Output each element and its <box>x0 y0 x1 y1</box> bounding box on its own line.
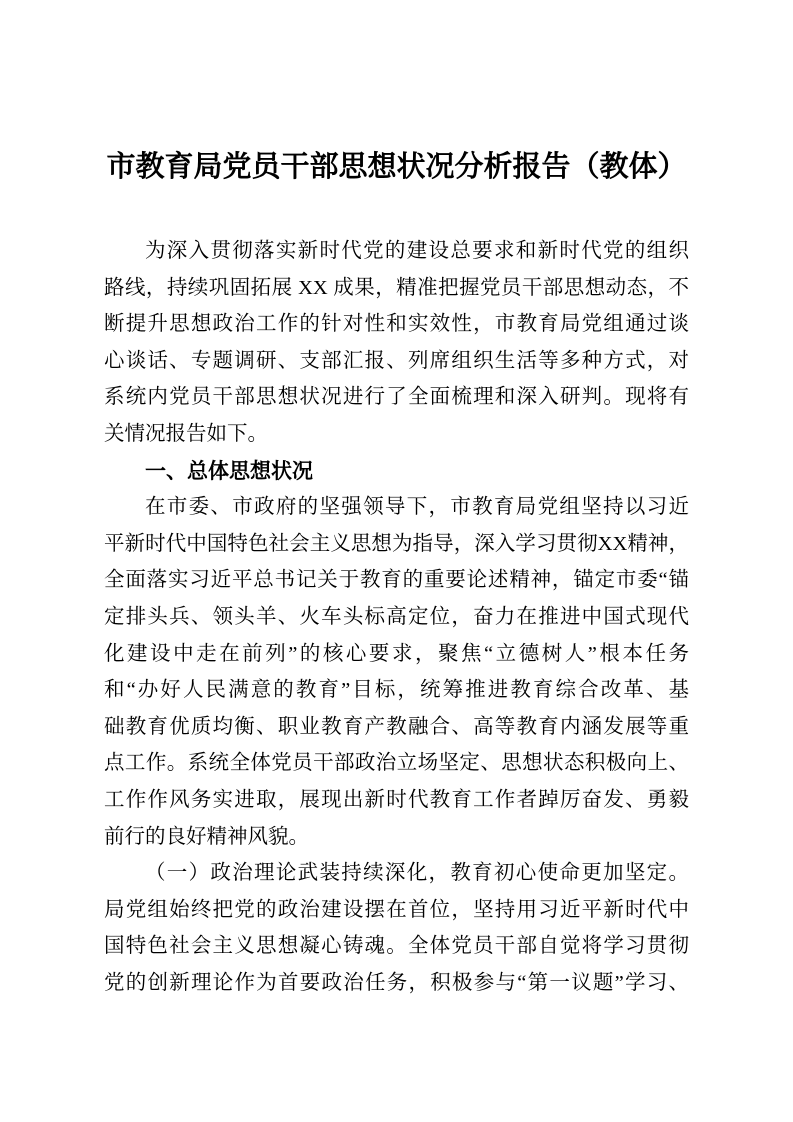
section-heading: 一、总体思想状况 <box>104 453 689 490</box>
document-title: 市教育局党员干部思想状况分析报告（教体） <box>104 140 689 195</box>
paragraph: （一）政治理论武装持续深化，教育初心使命更加坚定。局党组始终把党的政治建设摆在首… <box>104 855 689 1001</box>
text-line: 断提升思想政治工作的针对性和实效性，市教育局党组通过谈 <box>104 306 689 343</box>
text-line: （一）政治理论武装持续深化，教育初心使命更加坚定。 <box>104 855 689 892</box>
document-page: 市教育局党员干部思想状况分析报告（教体） 为深入贯彻落实新时代党的建设总要求和新… <box>0 0 793 1122</box>
text-line: 定排头兵、领头羊、火车头标高定位，奋力在推进中国式现代 <box>104 599 689 636</box>
text-line: 关情况报告如下。 <box>104 416 689 453</box>
text-line: 前行的良好精神风貌。 <box>104 819 689 856</box>
text-line: 点工作。系统全体党员干部政治立场坚定、思想状态积极向上、 <box>104 745 689 782</box>
text-line: 平新时代中国特色社会主义思想为指导，深入学习贯彻XX精神， <box>104 526 689 563</box>
text-line: 工作作风务实进取，展现出新时代教育工作者踔厉奋发、勇毅 <box>104 782 689 819</box>
paragraph: 在市委、市政府的坚强领导下，市教育局党组坚持以习近平新时代中国特色社会主义思想为… <box>104 489 689 855</box>
text-line: 为深入贯彻落实新时代党的建设总要求和新时代党的组织 <box>104 233 689 270</box>
text-line: 系统内党员干部思想状况进行了全面梳理和深入研判。现将有 <box>104 379 689 416</box>
text-line: 一、总体思想状况 <box>104 453 689 490</box>
text-line: 党的创新理论作为首要政治任务，积极参与“第一议题”学习、 <box>104 965 689 1002</box>
text-line: 局党组始终把党的政治建设摆在首位，坚持用习近平新时代中 <box>104 892 689 929</box>
text-line: 路线，持续巩固拓展 XX 成果，精准把握党员干部思想动态，不 <box>104 270 689 307</box>
document-body: 为深入贯彻落实新时代党的建设总要求和新时代党的组织路线，持续巩固拓展 XX 成果… <box>104 233 689 1001</box>
text-line: 心谈话、专题调研、支部汇报、列席组织生活等多种方式，对 <box>104 343 689 380</box>
paragraph: 为深入贯彻落实新时代党的建设总要求和新时代党的组织路线，持续巩固拓展 XX 成果… <box>104 233 689 453</box>
text-line: 全面落实习近平总书记关于教育的重要论述精神，锚定市委“锚 <box>104 562 689 599</box>
text-line: 化建设中走在前列”的核心要求，聚焦“立德树人”根本任务 <box>104 636 689 673</box>
text-line: 和“办好人民满意的教育”目标，统筹推进教育综合改革、基 <box>104 672 689 709</box>
text-line: 在市委、市政府的坚强领导下，市教育局党组坚持以习近 <box>104 489 689 526</box>
text-line: 国特色社会主义思想凝心铸魂。全体党员干部自觉将学习贯彻 <box>104 928 689 965</box>
text-line: 础教育优质均衡、职业教育产教融合、高等教育内涵发展等重 <box>104 709 689 746</box>
